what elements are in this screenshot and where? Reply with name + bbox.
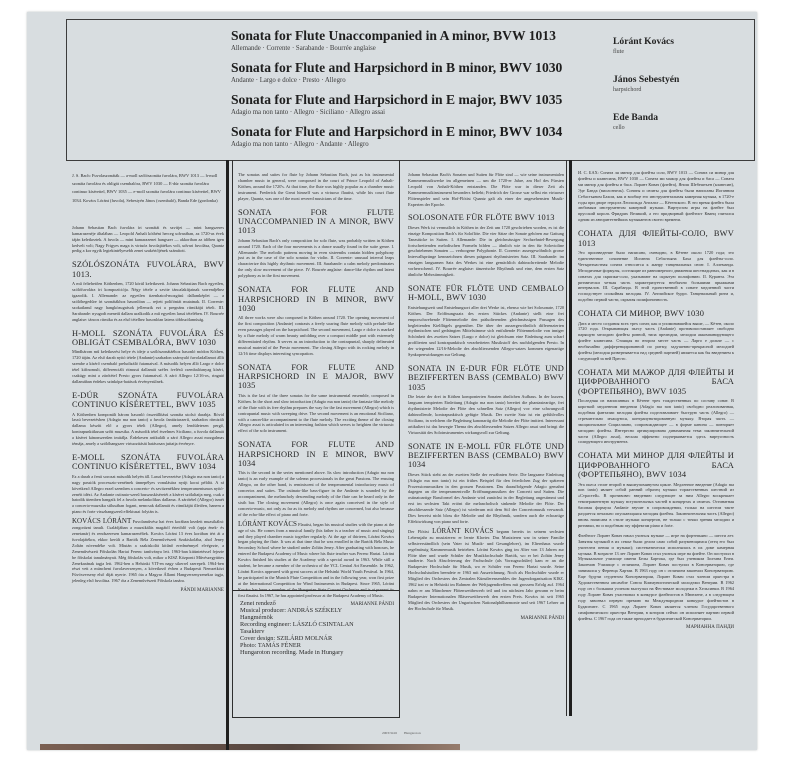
column-divider <box>399 160 400 716</box>
performer: Ede Banda cello <box>613 112 679 132</box>
bio-text: begann bereits in seinem sechsten Lebens… <box>408 529 564 611</box>
english-notes: The sonatas and suites for flute by Joha… <box>238 172 394 608</box>
performer-instrument: harpsichord <box>613 86 679 94</box>
program-item: Sonata for Flute and Harpsichord in E ma… <box>231 92 601 118</box>
section-heading: SONATA FOR FLUTE AND HARPSICHORD IN E MA… <box>238 363 394 391</box>
sleeve-edge-shadow <box>40 744 460 750</box>
performer-instrument: cello <box>613 124 679 132</box>
catalog-code: 2003/3416 <box>382 731 397 735</box>
program-item: Sonata for Flute and Harpsichord in E mi… <box>231 124 601 150</box>
credit-line: Hungaroton recording. Made in Hungary <box>240 649 390 656</box>
section-heading: SONATA FOR FLUTE AND HARPSICHORD IN B MI… <box>238 285 394 313</box>
section-heading: СОНАТА ДЛЯ ФЛЕЙТЫ-СОЛО, BWV 1013 <box>578 229 734 248</box>
program-item: Sonata for Flute Unaccompanied in A mino… <box>231 28 601 54</box>
header-box: Sonata for Flute Unaccompanied in A mino… <box>66 19 755 161</box>
section-heading: СОНАТА СИ МИНОР, BWV 1030 <box>578 309 734 318</box>
section-heading: E-DÚR SZONÁTA FUVOLÁRA CONTINUO KÍSÉRETT… <box>72 391 224 410</box>
section-text: Ez a darab a fenti sorozat második helyé… <box>72 474 224 515</box>
section-text: A Köthenben komponált három hasonló össz… <box>72 412 224 447</box>
work-title: Sonata for Flute and Harpsichord in B mi… <box>231 60 601 76</box>
header-box-edge <box>754 20 755 160</box>
russian-preface: И. С. БАХ: Соната ля минор для флейты со… <box>578 170 734 223</box>
performer-name: Ede Banda <box>613 112 679 124</box>
signature: PÁNDI MARIANNE <box>72 588 224 594</box>
column-divider <box>226 160 229 750</box>
hungarian-intro: J. S. Bach: Fuvolaszonáták — a-moll szól… <box>72 172 224 205</box>
work-movements: Adagio ma non tanto · Allegro · Sicilian… <box>231 108 601 118</box>
signature: MARIANNE PÁNDI <box>408 616 564 622</box>
section-text: A mű feltehetően Köthenben, 1720 körül k… <box>72 281 224 322</box>
section-heading: SOLOSONATE FÜR FLÖTE BWV 1013 <box>408 213 564 222</box>
credit-line: Tasakterv <box>240 628 390 635</box>
credit-line: Photo: TAMÁS FÉNER <box>240 642 390 649</box>
hungarian-preface: Johann Sebastian Bach fuvolára írt szoná… <box>72 225 224 255</box>
section-heading: SONATA FOR FLUTE UNACCOMPANIED IN A MINO… <box>238 208 394 236</box>
section-text: This is the second in the series mention… <box>238 470 394 517</box>
bio-text: Fuvolaművész hat éves korában kezdett mu… <box>72 519 224 583</box>
section-text: Это произведение было написано, очевидно… <box>578 250 734 303</box>
section-heading: SONATE IN E-MOLL FÜR FLÖTE UND BEZIFFERT… <box>408 442 564 470</box>
section-text: Mindhárom mű keletkezési helye és ideje … <box>72 349 224 384</box>
section-text: All three works were also composed in Kö… <box>238 315 394 356</box>
bio-name: LÓRÁNT KOVÁCS <box>238 520 297 528</box>
work-title: Sonata for Flute Unaccompanied in A mino… <box>231 28 601 44</box>
column-divider <box>566 160 567 716</box>
performer: János Sebestyén harpsichord <box>613 74 679 94</box>
program-list: Sonata for Flute Unaccompanied in A mino… <box>231 28 601 156</box>
section-text: Дата и место создания всех трех сонат, к… <box>578 321 734 362</box>
section-text: Entstehungszeit und Entstehungsort aller… <box>408 305 564 358</box>
section-heading: SONATA IN E-DUR FÜR FLÖTE UND BEZIFFERTE… <box>408 364 564 392</box>
german-notes: Johann Sebastian Bach's Sonaten und Suit… <box>408 172 564 622</box>
section-heading: E-MOLL SZONÁTA FUVOLÁRA CONTINUO KÍSÉRET… <box>72 453 224 472</box>
russian-notes: И. С. БАХ: Соната ля минор для флейты со… <box>578 170 734 631</box>
section-heading: H-MOLL SZONÁTA FUVOLÁRA ÉS OBLIGÁT CSEMB… <box>72 329 224 348</box>
work-title: Sonata for Flute and Harpsichord in E mi… <box>231 124 601 140</box>
credit-line: Hangmérnök <box>240 614 390 621</box>
section-text: This is the last of the three sonatas fo… <box>238 393 394 434</box>
performer: Lóránt Kovács flute <box>613 36 679 56</box>
biography: LÓRÁNT KOVÁCS Flautist, began his musica… <box>238 522 394 599</box>
hungarian-notes: J. S. Bach: Fuvolaszonáták — a-moll szól… <box>72 172 224 594</box>
credit-line: Cover design: SZILÁRD MOLNÁR <box>240 635 390 642</box>
section-heading: СОНАТА МИ МИНОР ДЛЯ ФЛЕЙТЫ И ЦИФРОВАННОГ… <box>578 451 734 479</box>
section-text: Последняя из написанных в Кётене трех то… <box>578 398 734 445</box>
performer-instrument: flute <box>613 48 679 56</box>
bio-name: KOVÁCS LÓRÁNT <box>72 517 131 525</box>
section-text: Dieses Werk ist vermutlich in Köthen in … <box>408 225 564 278</box>
credit-line: Zenei rendező <box>240 600 390 607</box>
bio-prefix: Der Flötist <box>408 529 429 534</box>
work-movements: Andante · Largo e dolce · Presto · Alleg… <box>231 76 601 86</box>
credits: Zenei rendező Musical producer: ANDRÁS S… <box>240 600 390 656</box>
signature: МАРИАННА ПАНДИ <box>578 625 734 631</box>
section-text: Dieses Stück steht an der zweiten Stelle… <box>408 472 564 525</box>
program-item: Sonata for Flute and Harpsichord in B mi… <box>231 60 601 86</box>
credit-line: Recording engineer: LÁSZLÓ CSINTALAN <box>240 621 390 628</box>
section-heading: SONATA FOR FLUTE AND HARPSICHORD IN E MI… <box>238 440 394 468</box>
work-movements: Adagio ma non tanto · Allegro · Andante … <box>231 140 601 150</box>
english-preface: The sonatas and suites for flute by Joha… <box>238 172 394 202</box>
bio-text: Flautist, began his musical studies with… <box>238 522 394 598</box>
column-divider-thick <box>569 160 572 716</box>
biography: Флейтист Лорант Ковач начал учиться музы… <box>578 533 734 622</box>
performers-list: Lóránt Kovács flute János Sebestyén harp… <box>613 36 679 150</box>
biography: KOVÁCS LÓRÁNT Fuvolaművész hat éves korá… <box>72 519 224 584</box>
label-name: Hungaroton <box>404 731 421 735</box>
work-movements: Allemande · Corrente · Sarabande · Bourr… <box>231 44 601 54</box>
biography: Der Flötist LÓRÁNT KOVÁCS begann bereits… <box>408 529 564 612</box>
section-text: Johann Sebastian Bach's only composition… <box>238 238 394 279</box>
section-heading: SZÓLÓSZONÁTA FUVOLÁRA, BWV 1013. <box>72 260 224 279</box>
performer-name: János Sebestyén <box>613 74 679 86</box>
performer-name: Lóránt Kovács <box>613 36 679 48</box>
work-title: Sonata for Flute and Harpsichord in E ma… <box>231 92 601 108</box>
section-heading: SONATE FÜR FLÖTE UND CEMBALO H-MOLL, BWV… <box>408 284 564 303</box>
section-heading: СОНАТА МИ МАЖОР ДЛЯ ФЛЕЙТЫ И ЦИФРОВАННОГ… <box>578 368 734 396</box>
bio-name: LÓRÁNT KOVÁCS <box>432 527 493 535</box>
german-preface: Johann Sebastian Bach's Sonaten und Suit… <box>408 172 564 207</box>
section-text: Эта пьеса стоит второй в вышеупомянутом … <box>578 482 734 529</box>
section-text: Die letzte der drei in Köthen komponiert… <box>408 394 564 435</box>
credit-line: Musical producer: ANDRÁS SZÉKELY <box>240 607 390 614</box>
